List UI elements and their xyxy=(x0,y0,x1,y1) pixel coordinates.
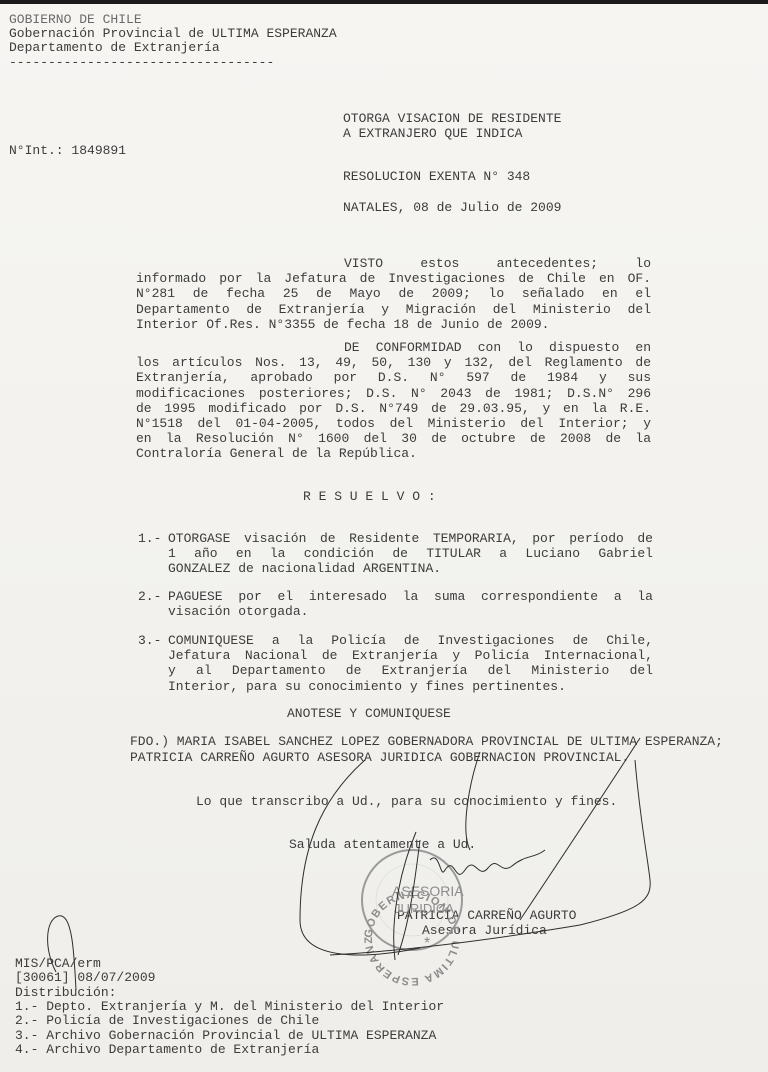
stamp-center-text: JURIDICA xyxy=(394,901,454,916)
signature-and-stamp: GOBERNACION DE ULTIMA ESPERANZA ASESORIA… xyxy=(0,0,768,1072)
handwritten-signature xyxy=(48,738,651,990)
svg-text:GOBERNACION DE ULTIMA ESPERANZ: GOBERNACION DE ULTIMA ESPERANZA xyxy=(0,0,461,987)
stamp-star-icon: * xyxy=(424,935,430,952)
stamp-center-text: ASESORIA xyxy=(392,883,464,899)
official-stamp: GOBERNACION DE ULTIMA ESPERANZA ASESORIA… xyxy=(0,0,464,987)
